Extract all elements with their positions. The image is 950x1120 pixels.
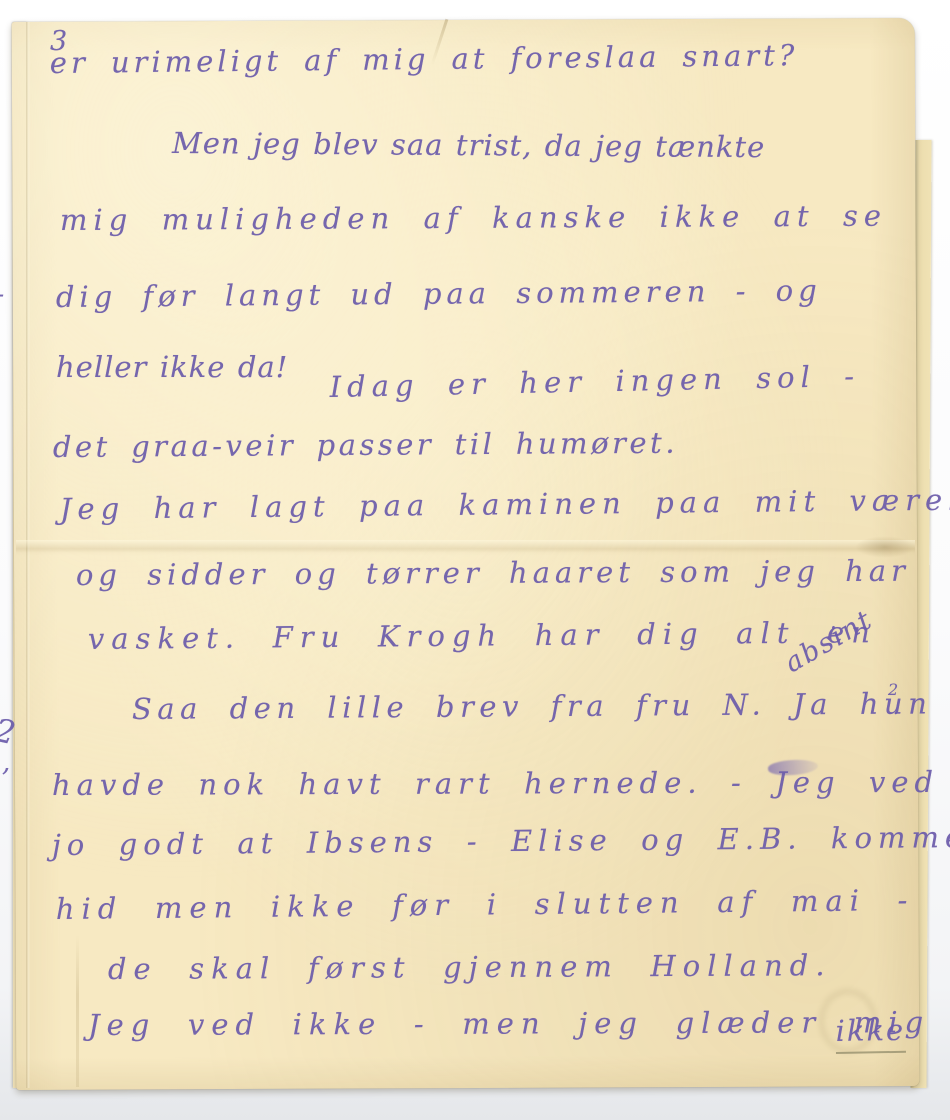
ink-fragment: , [2, 748, 10, 778]
handwritten-line: vasket. Fru Krogh har dig alt en [88, 615, 877, 656]
handwritten-line: ikke [835, 1013, 905, 1054]
handwritten-line: Men jeg blev saa trist, da jeg tænkte [172, 126, 765, 164]
handwritten-line: mig muligheden af kanske ikke at se [60, 199, 887, 237]
handwritten-line: de skal først gjennem Holland. [108, 948, 832, 986]
handwritten-line: Jeg ved ikke - men jeg glæder mig [88, 1005, 930, 1042]
bottom-left-crease [76, 935, 79, 1087]
handwritten-line: dig før langt ud paa sommeren - og [56, 273, 822, 314]
handwritten-line: og sidder og tørrer haaret som jeg har [76, 554, 910, 592]
handwritten-line: heller ikke da! [56, 350, 288, 384]
handwritten-line: det graa-veir passer til humøret. [53, 426, 678, 464]
letter-scan: 3 er urimeligt af mig at foreslaa snart?… [0, 0, 950, 1120]
ink-fragment: 2 [888, 680, 898, 699]
handwritten-line: havde nok havt rart hernede. - Jeg ved [52, 765, 939, 802]
ink-fragment: - [0, 280, 4, 308]
ink-fragment: . [893, 698, 899, 719]
handwritten-line: Saa den lille brev fra fru N. Ja hun [132, 686, 933, 726]
